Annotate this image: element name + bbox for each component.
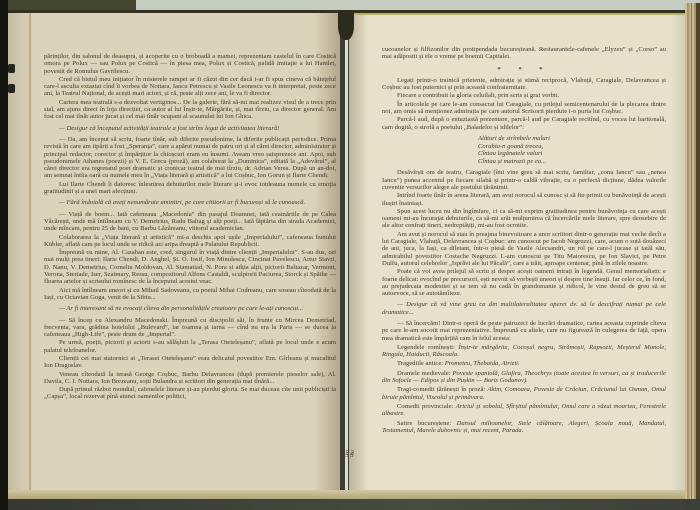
paragraph-normal: Aici mă întîlneam uneori și cu Mihail Sa…	[44, 287, 336, 302]
left-edge-dark-strip	[0, 0, 8, 510]
paragraph-works: Satire bucureștene: Dansul milioanelor, …	[382, 420, 666, 435]
paragraph-works: Dramele medievale: Poveste spaniolă, Gla…	[382, 370, 666, 385]
paragraph-normal: — Să încercăm! Dintr-o operă de peste pa…	[382, 320, 666, 342]
paragraph-stars: * * *	[382, 66, 666, 73]
spine-tick-icon	[8, 64, 15, 73]
left-page-text: părinților, din salonul de deasupra, și …	[44, 53, 336, 455]
right-page-text: cucoanelor și filfizonilor din protipend…	[382, 46, 666, 464]
paragraph-normal: Am avut și norocul să stau în preajma bi…	[382, 231, 666, 267]
paragraph-normal: Pe urmă, poeții, pictorii și actorii s-a…	[44, 339, 336, 354]
paragraph-works: Comedii provinciale: Ariciul și sobolul,…	[382, 403, 666, 418]
paragraph-question: — Desigur că începutul activității teatr…	[44, 125, 336, 132]
paragraph-normal: Împreună cu mine, Al. Cazaban este, cred…	[44, 249, 336, 285]
works-category-label: Tragediile antice:	[397, 360, 443, 367]
works-category-label: Dramele medievale:	[397, 370, 451, 377]
spine-top-notch	[338, 10, 354, 40]
paragraph-question: — Fără îndoială că aveți nenumărate amin…	[44, 199, 336, 206]
paragraph-normal: — Să încep cu Alexandru Macedonski. Împr…	[44, 317, 336, 339]
paragraph-normal: Spun acest lucru nu din îngîmfare, ci ca…	[382, 208, 666, 230]
page-stack-outer-edge	[696, 3, 700, 506]
paragraph-normal: Clienții cei mai statornici ai „Terasei …	[44, 355, 336, 370]
paragraph-works: Tragi-comedii țărănești în proză: Akim, …	[382, 386, 666, 401]
paragraph-normal: Desăvîrșit om de teatru, Caragiale (îmi …	[382, 169, 666, 191]
paragraph-verse: Alături de strîmbele maluri Corabia-n go…	[478, 135, 666, 165]
paragraph-continuation: părinților, din salonul de deasupra, și …	[44, 53, 336, 75]
left-cover-edge-line	[29, 13, 31, 492]
paragraph-normal: — Viață de boem... Iată cafeneaua „Maced…	[44, 211, 336, 233]
paragraph-normal: Veneau cîteodată la terasă George Coșbuc…	[44, 371, 336, 386]
paragraph-normal: Lui Ilarie Chendi îi datoresc înlesnirea…	[44, 181, 336, 196]
paragraph-question: — Ar fi interesant să ne evocați cîteva …	[44, 305, 336, 312]
works-titles: Prometeu, Thebaida, Atrizii.	[445, 360, 520, 367]
works-category-label: Comedii provinciale:	[397, 403, 453, 410]
works-category-label: Legendele romînești:	[397, 344, 455, 351]
paragraph-normal: Colaborarea la „Viața literară și artist…	[44, 234, 336, 249]
paragraph-normal: Intrînd foarte tînăr în arena literară, …	[382, 192, 666, 207]
paragraph-normal: — Da, am început să scriu, foarte tînăr,…	[44, 136, 336, 180]
spine-tick-icon	[8, 84, 15, 93]
paragraph-continuation: cucoanelor și filfizonilor din protipend…	[382, 46, 666, 61]
book-photo: părinților, din salonul de deasupra, și …	[0, 0, 700, 510]
paragraph-normal: În articolele pe care le-am consacrat lu…	[382, 101, 666, 116]
paragraph-normal: Cariera mea teatrală s-a dezvoltat verti…	[44, 99, 336, 121]
paragraph-normal: Parcă-l aud, după o entuziastă prezentar…	[382, 116, 666, 131]
paragraph-normal: Cred că bietul meu inițiator în misterel…	[44, 76, 336, 98]
paragraph-works: Tragediile antice: Prometeu, Thebaida, A…	[382, 360, 666, 367]
gutter-highlight	[345, 13, 348, 492]
paragraph-normal: Poate că voi avea prilejul să scriu și d…	[382, 268, 666, 297]
works-category-label: Tragi-comedii țărănești în proză:	[397, 386, 485, 393]
paragraph-works: Legendele romînești: Înșir-te mărgărite,…	[382, 344, 666, 359]
page-number-right: 53	[0, 450, 700, 459]
paragraph-normal: Fiecare a contribuit la gloria celuilalt…	[382, 92, 666, 99]
background-bottom-band	[0, 499, 700, 510]
paragraph-normal: Legați printr-o trainică prietenie, admi…	[382, 77, 666, 92]
works-category-label: Satire bucureștene:	[397, 420, 451, 427]
paragraph-question: — Desigur că vă vine greu ca din multila…	[382, 301, 666, 316]
paragraph-normal: După primul război mondial, cafenelele l…	[44, 386, 336, 401]
